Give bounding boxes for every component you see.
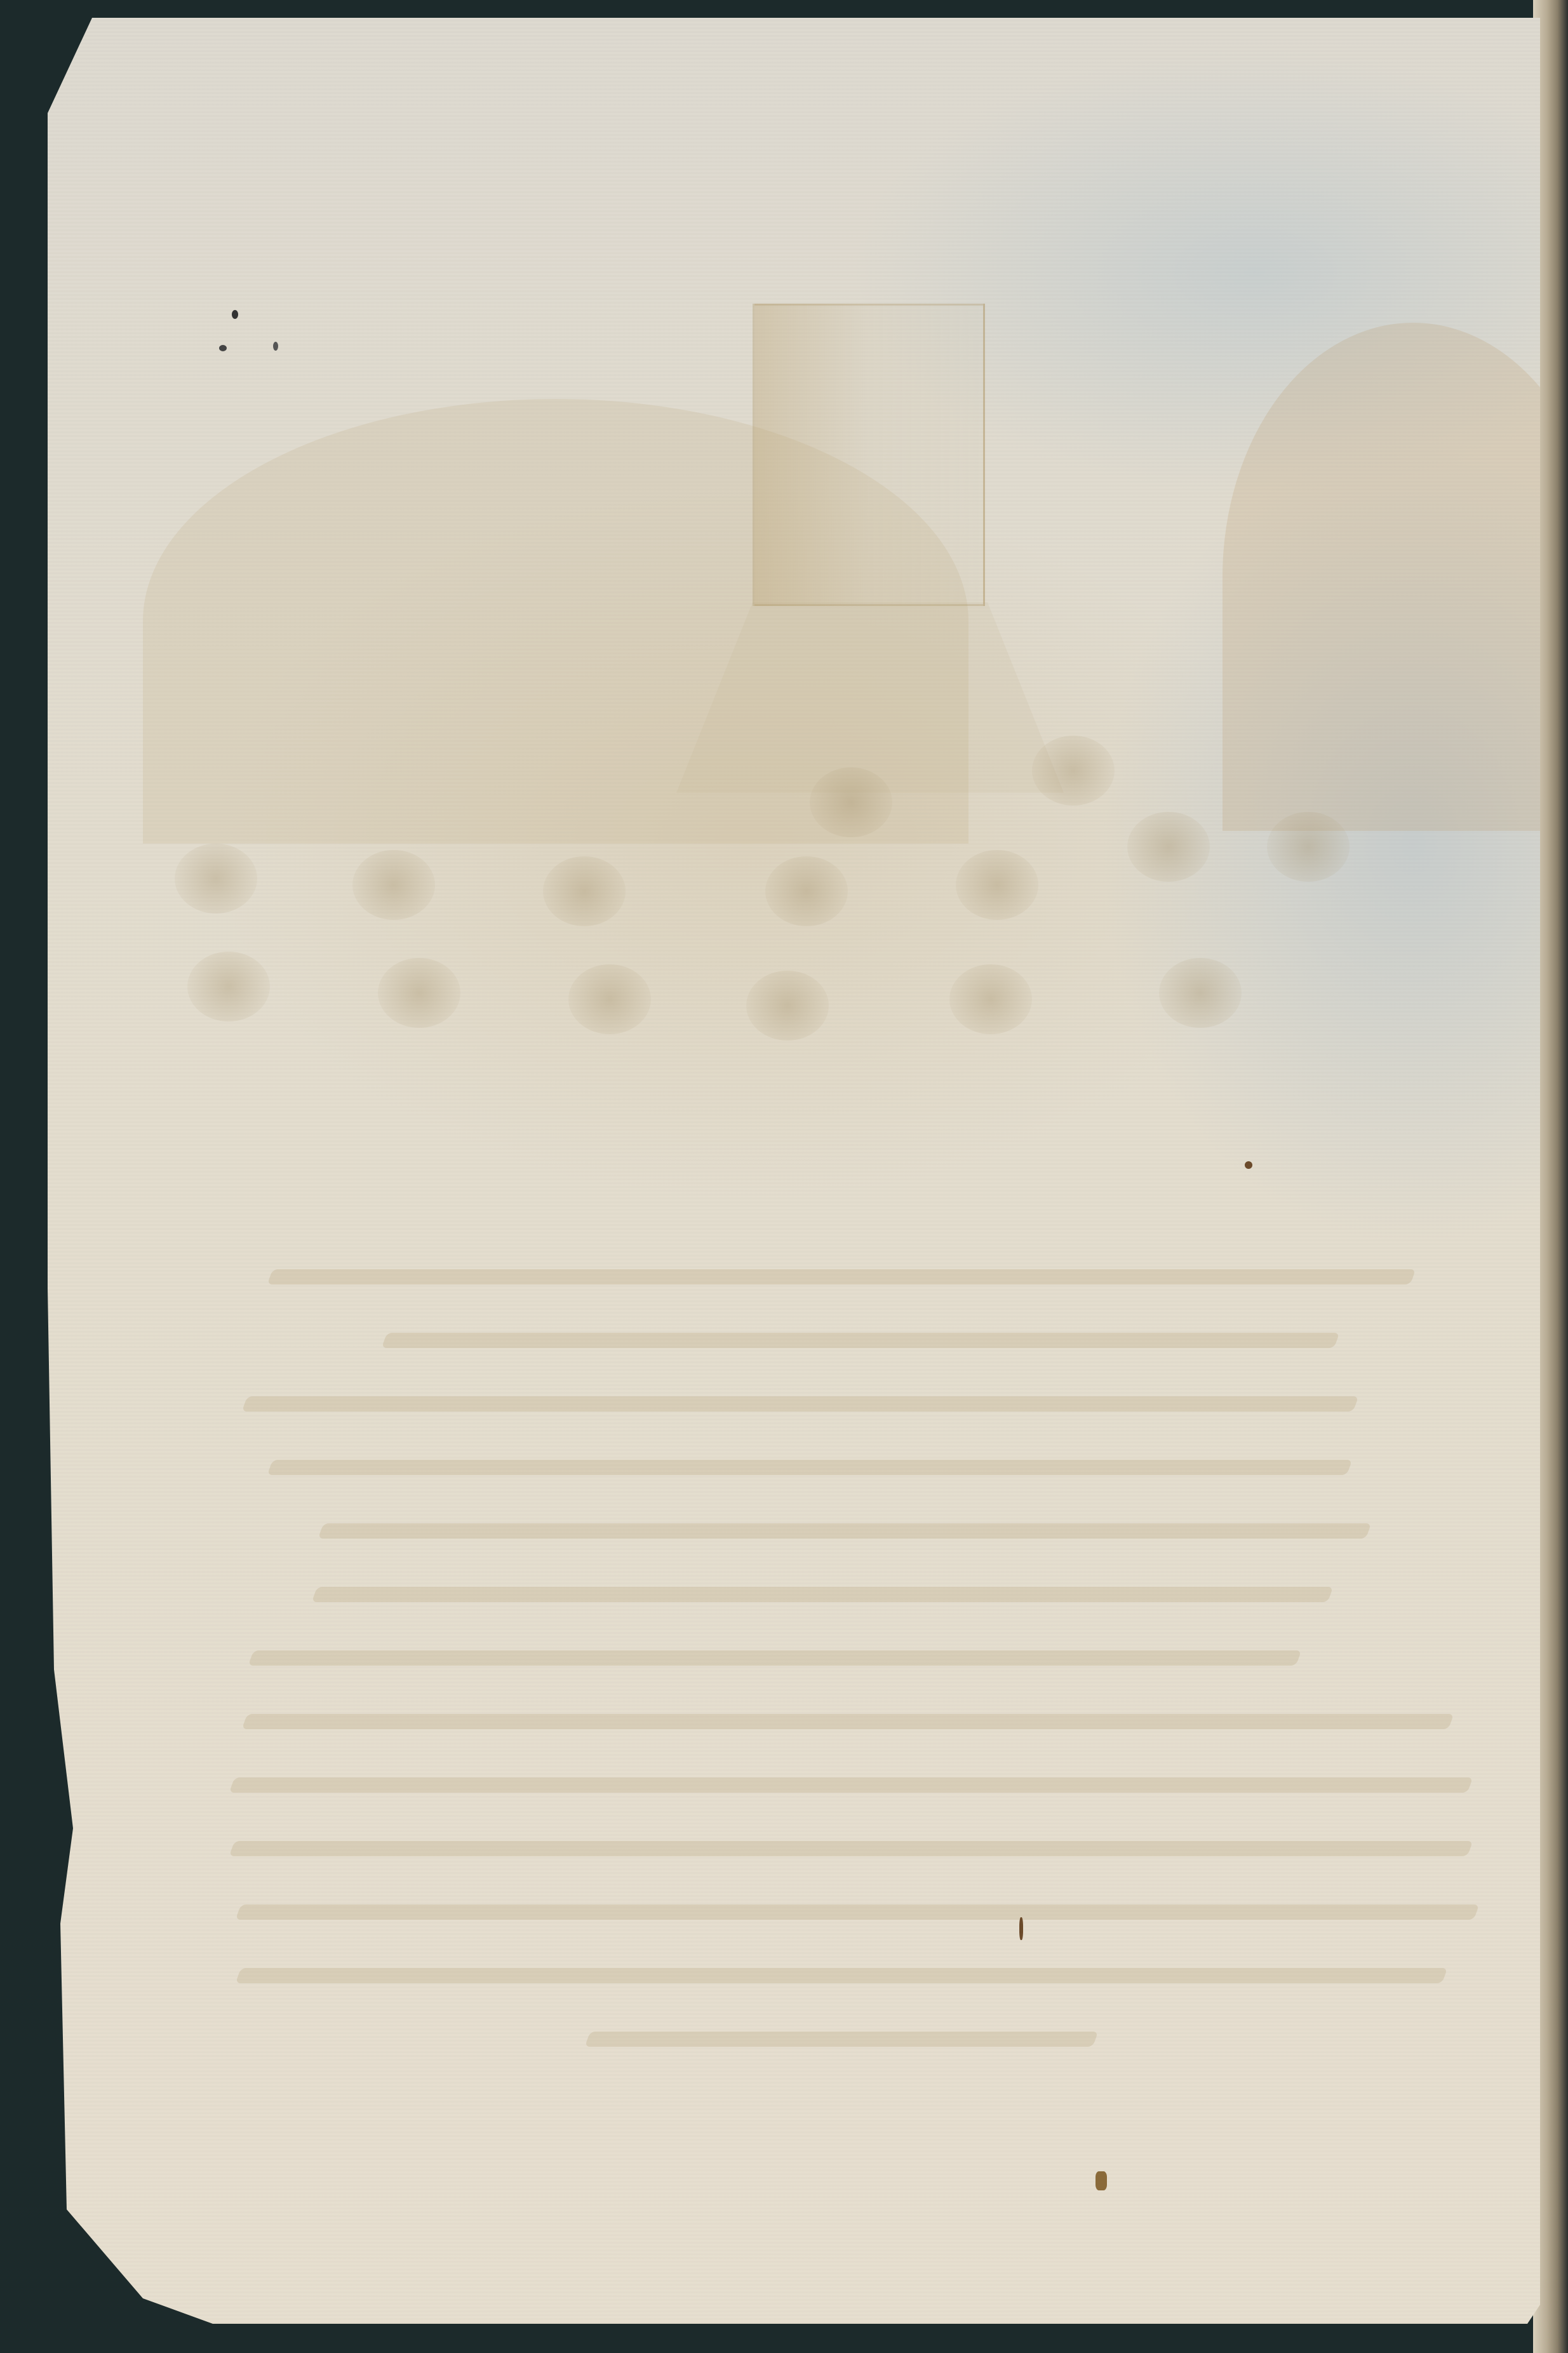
text-line (232, 1377, 1502, 1427)
manuscript-page (48, 18, 1540, 2324)
text-line (232, 1568, 1502, 1617)
text-line (232, 1441, 1502, 1490)
text-line (232, 1695, 1502, 1744)
ink-spot (219, 345, 227, 351)
shrub-icon (1267, 812, 1350, 882)
text-line (232, 1949, 1502, 1999)
shrub-icon (1032, 736, 1115, 806)
shrub-icon (352, 850, 435, 920)
bleed-through-text-block (232, 1250, 1502, 2076)
text-line (232, 1758, 1502, 1808)
shrub-icon (765, 856, 848, 926)
shrub-icon (568, 964, 651, 1034)
text-line (232, 1822, 1502, 1871)
shrub-icon (1127, 812, 1210, 882)
hill-right (1223, 323, 1568, 831)
shrub-icon (810, 767, 892, 837)
shrub-icon (543, 856, 626, 926)
ink-spot (273, 342, 278, 351)
ink-spot (1245, 1161, 1252, 1169)
text-line (232, 1504, 1502, 1554)
shrub-icon (187, 952, 270, 1021)
shrub-icon (956, 850, 1038, 920)
shrub-icon (1159, 958, 1242, 1028)
text-line (232, 1250, 1502, 1300)
text-line (232, 1885, 1502, 1935)
text-line (232, 2013, 1502, 2062)
shrub-icon (949, 964, 1032, 1034)
ink-spot (1019, 1917, 1023, 1940)
text-line (232, 1314, 1502, 1363)
tower-drawing (753, 304, 985, 606)
ink-spot (232, 310, 238, 319)
ink-spot (1096, 2171, 1107, 2190)
shrub-icon (175, 844, 257, 914)
shrub-icon (746, 971, 829, 1041)
shrub-icon (378, 958, 460, 1028)
text-line (232, 1631, 1502, 1681)
